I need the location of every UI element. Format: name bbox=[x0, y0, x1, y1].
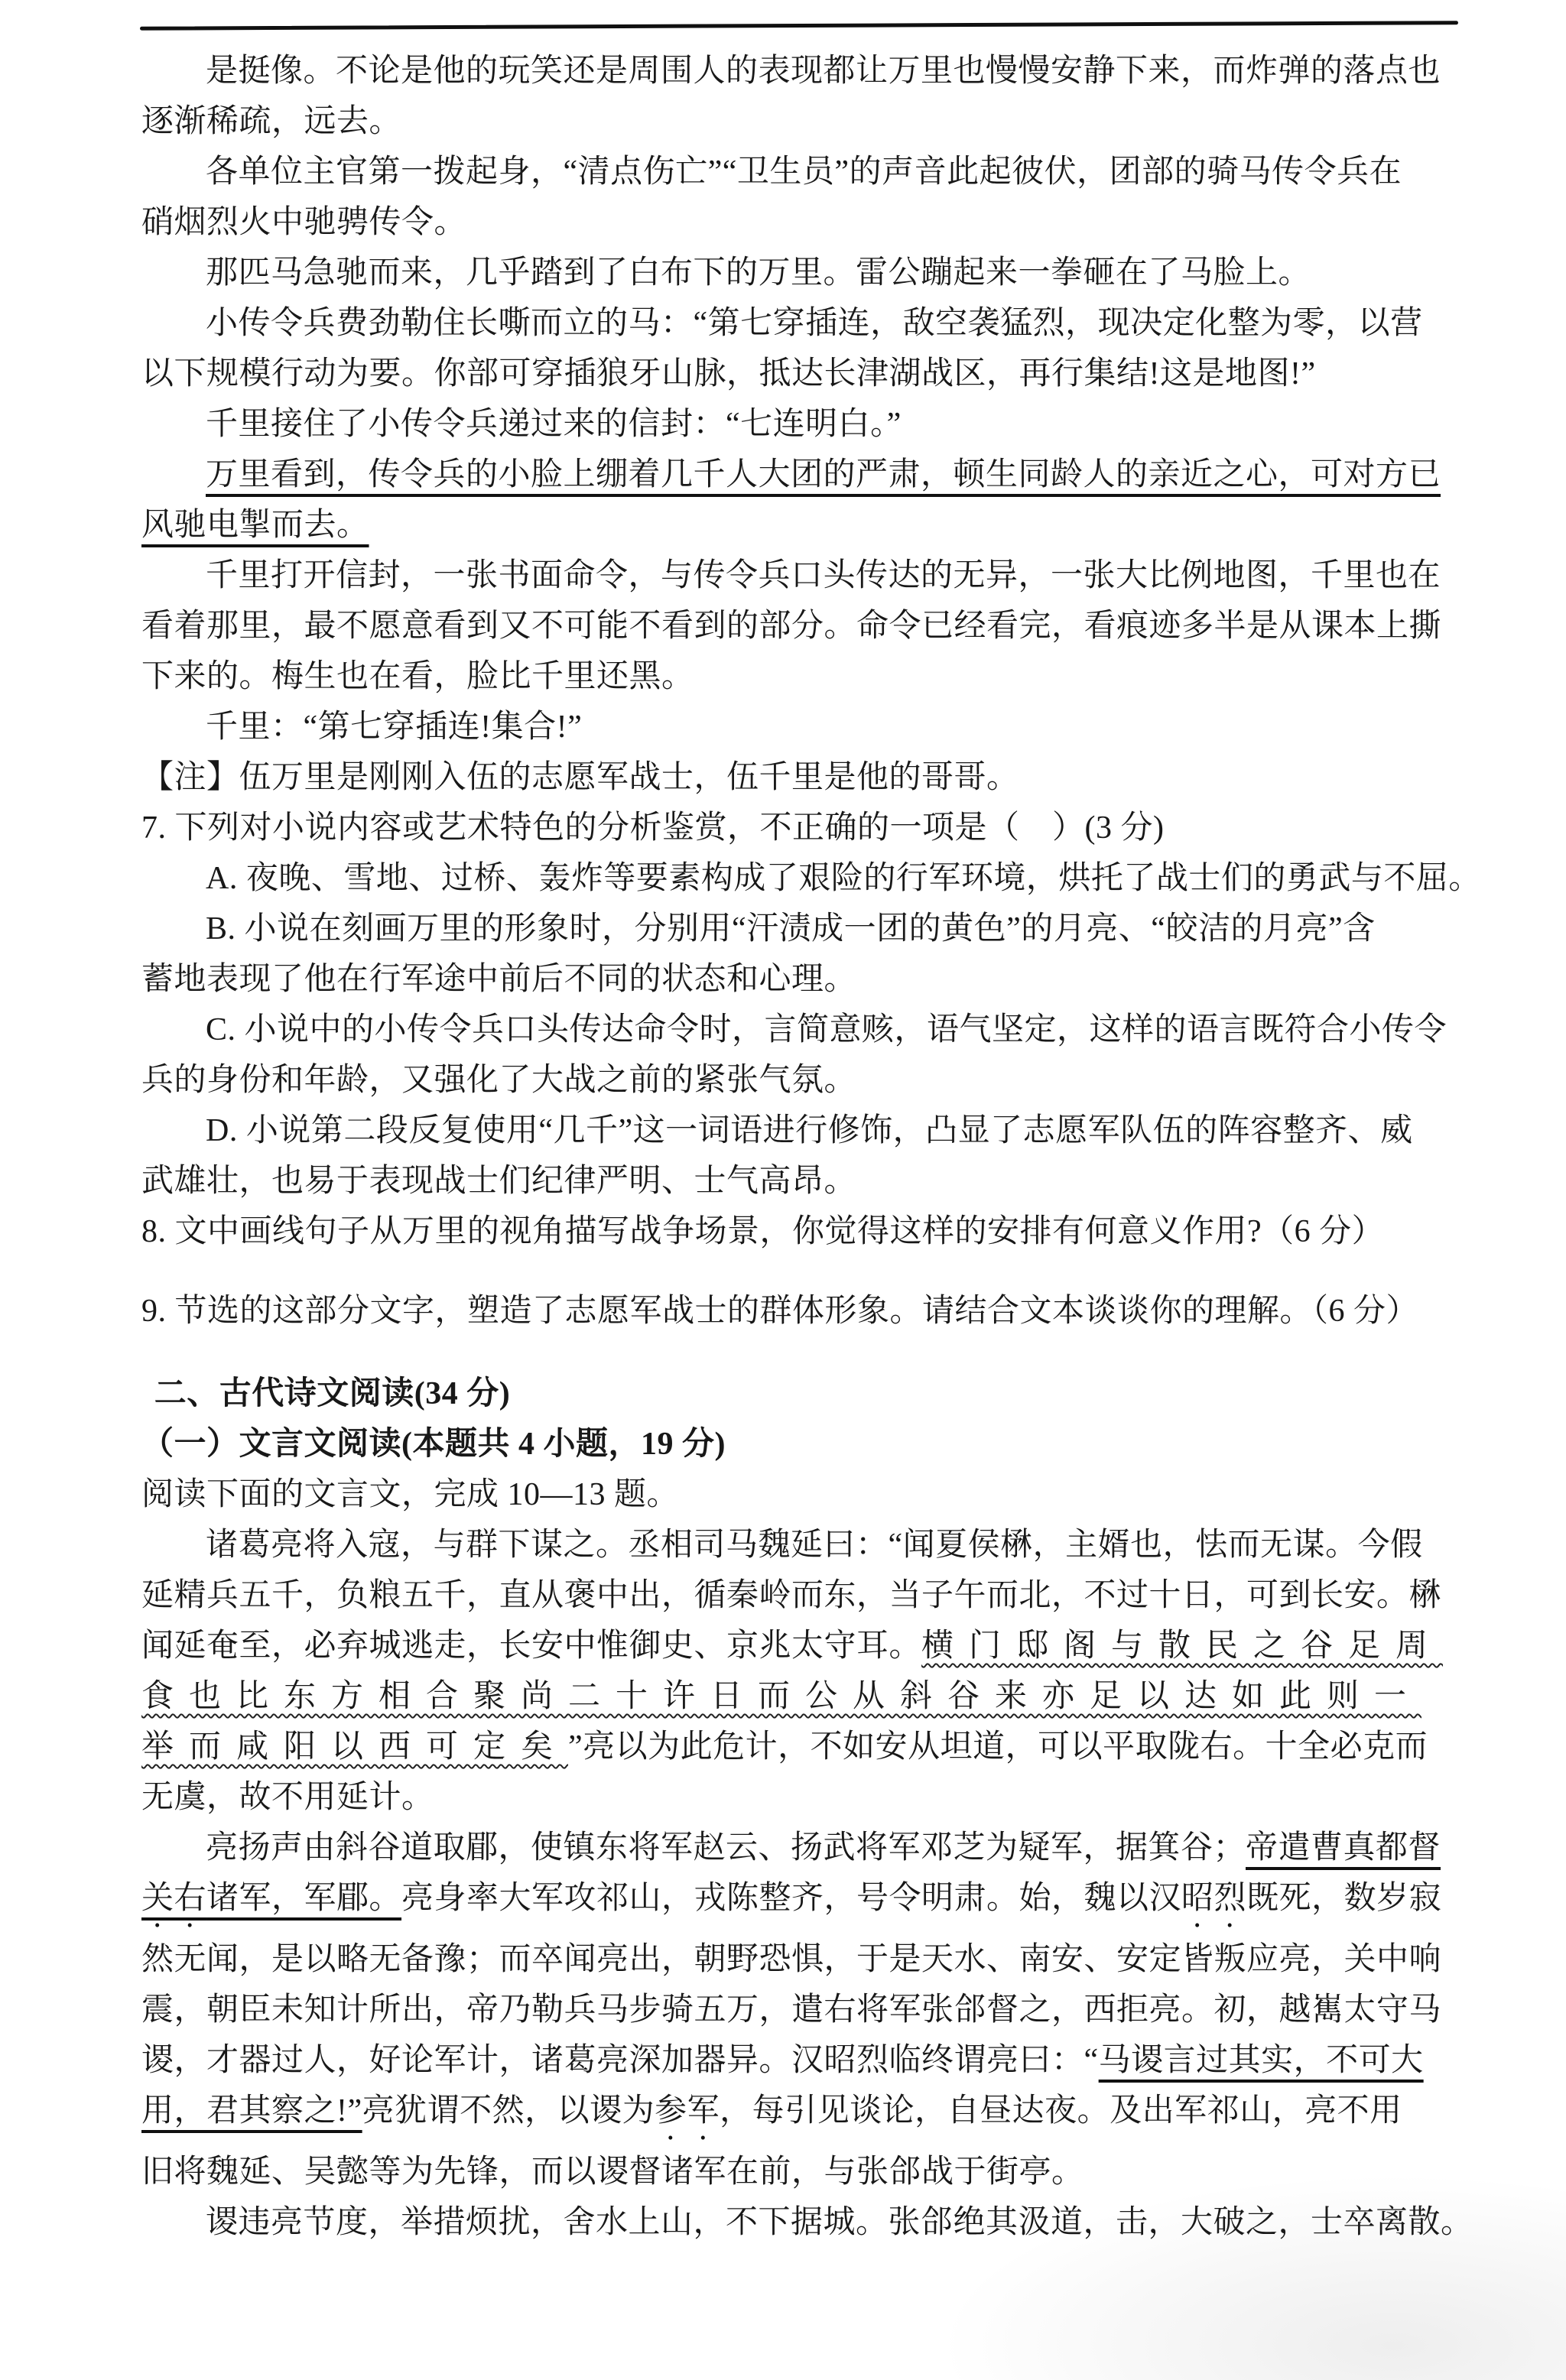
text-line-4: 硝烟烈火中驰骋传令。 bbox=[141, 197, 1461, 248]
text-line-23: 武雄壮，也易于表现战士们纪律严明、士气高昂。 bbox=[141, 1156, 1461, 1206]
text-segment: （一）文言文阅读(本题共 4 小题，19 分) bbox=[141, 1427, 726, 1462]
text-line-33: 举而咸阳以西可定矣”亮以为此危计，不如安从坦道，可以平取陇右。十全必克而 bbox=[141, 1722, 1461, 1772]
emphasized-text: 昭烈 bbox=[1181, 1881, 1246, 1916]
text-segment: 千里打开信封，一张书面命令，与传令兵口头传达的无异，一张大比例地图，千里也在 bbox=[206, 558, 1441, 593]
text-segment: 闻延奄至，必弃城逃走，长安中惟御史、京兆太守耳。 bbox=[141, 1628, 921, 1664]
page-top-rule bbox=[140, 21, 1458, 31]
text-segment: 谡违亮节度，举措烦扰，舍水上山，不下据城。张郃绝其汲道，击，大破之，士卒离散。 bbox=[206, 2205, 1473, 2240]
text-line-8: 千里接住了小传令兵递过来的信封：“七连明白。” bbox=[141, 399, 1461, 450]
text-segment: 7. 下列对小说内容或艺术特色的分析鉴赏，不正确的一项是（ ）(3 分) bbox=[141, 810, 1164, 846]
text-line-32: 食也比东方相合聚尚二十许日而公从斜谷来亦足以达如此则一 bbox=[141, 1671, 1461, 1722]
text-segment: 诸葛亮将入寇，与群下谋之。丞相司马魏延曰：“闻夏侯楙，主婿也，怯而无谋。今假 bbox=[206, 1528, 1423, 1563]
text-line-20: C. 小说中的小传令兵口头传达命令时，言简意赅，语气坚定，这样的语言既符合小传令 bbox=[141, 1005, 1461, 1055]
text-segment: D. 小说第二段反复使用“几千”这一词语进行修饰，凸显了志愿军队伍的阵容整齐、威 bbox=[206, 1113, 1413, 1148]
text-line-13: 下来的。梅生也在看，脸比千里还黑。 bbox=[141, 651, 1461, 702]
text-segment: 下来的。梅生也在看，脸比千里还黑。 bbox=[141, 659, 694, 694]
text-segment: 亮扬声由斜谷道取郿，使镇东将军赵云、扬武将军邓芝为疑军，据箕谷； bbox=[206, 1830, 1246, 1865]
underlined-text: 风驰电掣而去。 bbox=[141, 508, 369, 543]
text-segment: 既死，数岁寂 bbox=[1246, 1881, 1441, 1916]
text-segment: 以下规模行动为要。你部可穿插狼牙山脉，抵达长津湖战区，再行集结!这是地图!” bbox=[141, 356, 1316, 391]
text-line-22: D. 小说第二段反复使用“几千”这一词语进行修饰，凸显了志愿军队伍的阵容整齐、威 bbox=[141, 1106, 1461, 1156]
text-line-29: 诸葛亮将入寇，与群下谋之。丞相司马魏延曰：“闻夏侯楙，主婿也，怯而无谋。今假 bbox=[141, 1520, 1461, 1570]
text-line-31: 闻延奄至，必弃城逃走，长安中惟御史、京兆太守耳。横门邸阁与散民之谷足周 bbox=[141, 1621, 1461, 1671]
text-line-16: 7. 下列对小说内容或艺术特色的分析鉴赏，不正确的一项是（ ）(3 分) bbox=[141, 803, 1461, 853]
text-segment: 亮身率大军攻祁山，戎陈整齐，号令明肃。始，魏以汉 bbox=[401, 1881, 1181, 1916]
text-line-35: 亮扬声由斜谷道取郿，使镇东将军赵云、扬武将军邓芝为疑军，据箕谷；帝遣曹真都督 bbox=[141, 1823, 1461, 1873]
underlined-text: 帝遣曹真都督 bbox=[1246, 1830, 1441, 1865]
text-line-34: 无虞，故不用延计。 bbox=[141, 1772, 1461, 1823]
wavy-underlined-text: 横门邸阁与散民之谷足周 bbox=[921, 1628, 1443, 1664]
text-line-9: 万里看到，传令兵的小脸上绷着几千人大团的严肃，顿生同龄人的亲近之心，可对方已 bbox=[141, 450, 1461, 500]
text-segment: 阅读下面的文言文，完成 10—13 题。 bbox=[141, 1477, 679, 1512]
underlined-text: 诸军，军郿。 bbox=[206, 1881, 401, 1916]
underlined-text: 马谡言过其实，不可大 bbox=[1099, 2043, 1424, 2078]
text-segment: 亮犹谓不然，以谡为 bbox=[362, 2093, 655, 2128]
text-segment: 8. 文中画线句子从万里的视角描写战争场景，你觉得这样的安排有何意义作用?（6 … bbox=[141, 1214, 1384, 1249]
text-segment: 小传令兵费劲勒住长嘶而立的马：“第七穿插连，敌空袭猛烈，现决定化整为零，以营 bbox=[206, 306, 1423, 341]
text-line-40: 用，君其察之!”亮犹谓不然，以谡为参军，每引见谈论，自昼达夜。及出军祁山，亮不用 bbox=[141, 2086, 1461, 2147]
text-line-37: 然无闻，是以略无备豫；而卒闻亮出，朝野恐惧，于是天水、南安、安定皆叛应亮，关中响 bbox=[141, 1934, 1461, 1985]
text-line-1: 是挺像。不论是他的玩笑还是周围人的表现都让万里也慢慢安静下来，而炸弹的落点也 bbox=[141, 46, 1461, 96]
text-segment: B. 小说在刻画万里的形象时，分别用“汗渍成一团的黄色”的月亮、“皎洁的月亮”含 bbox=[206, 911, 1376, 946]
text-line-28: 阅读下面的文言文，完成 10—13 题。 bbox=[141, 1469, 1461, 1520]
wavy-underlined-text: 食也比东方相合聚尚二十许日而公从斜谷来亦足以达如此则一 bbox=[141, 1679, 1421, 1714]
document-body: 是挺像。不论是他的玩笑还是周围人的表现都让万里也慢慢安静下来，而炸弹的落点也逐渐… bbox=[141, 46, 1461, 2248]
text-line-12: 看着那里，最不愿意看到又不可能不看到的部分。命令已经看完，看痕迹多半是从课本上撕 bbox=[141, 601, 1461, 651]
text-segment: ”亮以为此危计，不如安从坦道，可以平取陇右。十全必克而 bbox=[568, 1729, 1428, 1765]
wavy-underlined-text: 举而咸阳以西可定矣 bbox=[141, 1729, 568, 1765]
text-line-36: 关右诸军，军郿。亮身率大军攻祁山，戎陈整齐，号令明肃。始，魏以汉昭烈既死，数岁寂 bbox=[141, 1873, 1461, 1934]
text-line-24: 8. 文中画线句子从万里的视角描写战争场景，你觉得这样的安排有何意义作用?（6 … bbox=[141, 1206, 1461, 1257]
underlined-text: 关右 bbox=[141, 1881, 206, 1916]
text-line-39: 谡，才器过人，好论军计，诸葛亮深加器异。汉昭烈临终谓亮曰：“马谡言过其实，不可大 bbox=[141, 2035, 1461, 2086]
text-segment: A. 夜晚、雪地、过桥、轰炸等要素构成了艰险的行军环境，烘托了战士们的勇武与不屈… bbox=[206, 861, 1481, 896]
text-segment: 【注】伍万里是刚刚入伍的志愿军战士，伍千里是他的哥哥。 bbox=[141, 760, 1019, 795]
text-segment: 各单位主官第一拨起身，“清点伤亡”“卫生员”的声音此起彼伏，团部的骑马传令兵在 bbox=[206, 154, 1402, 190]
text-line-26: 二、古代诗文阅读(34 分) bbox=[141, 1369, 1461, 1419]
text-line-30: 延精兵五千，负粮五千，直从褒中出，循秦岭而东，当子午而北，不过十日，可到长安。楙 bbox=[141, 1570, 1461, 1621]
text-segment: ，每引见谈论，自昼达夜。及出军祁山，亮不用 bbox=[720, 2093, 1402, 2128]
text-segment: 9. 节选的这部分文字，塑造了志愿军战士的群体形象。请结合文本谈谈你的理解。（6… bbox=[141, 1294, 1418, 1329]
text-segment: 蓄地表现了他在行军途中前后不同的状态和心理。 bbox=[141, 962, 856, 997]
text-line-2: 逐渐稀疏，远去。 bbox=[141, 96, 1461, 147]
text-line-7: 以下规模行动为要。你部可穿插狼牙山脉，抵达长津湖战区，再行集结!这是地图!” bbox=[141, 349, 1461, 399]
text-segment: C. 小说中的小传令兵口头传达命令时，言简意赅，语气坚定，这样的语言既符合小传令 bbox=[206, 1012, 1447, 1047]
text-segment: 旧将魏延、吴懿等为先锋，而以谡督诸军在前，与张郃战于街亭。 bbox=[141, 2154, 1084, 2190]
text-segment: 无虞，故不用延计。 bbox=[141, 1780, 434, 1815]
text-segment: 硝烟烈火中驰骋传令。 bbox=[141, 205, 466, 240]
text-segment: 二、古代诗文阅读(34 分) bbox=[154, 1376, 510, 1411]
text-segment: 逐渐稀疏，远去。 bbox=[141, 104, 401, 139]
text-segment: 震，朝臣未知计所出，帝乃勒兵马步骑五万，遣右将军张郃督之，西拒亮。初，越嶲太守马 bbox=[141, 1992, 1441, 2028]
text-line-6: 小传令兵费劲勒住长嘶而立的马：“第七穿插连，敌空袭猛烈，现决定化整为零，以营 bbox=[141, 298, 1461, 349]
text-line-14: 千里：“第七穿插连!集合!” bbox=[141, 702, 1461, 752]
text-segment: 那匹马急驰而来，几乎踏到了白布下的万里。雷公蹦起来一拳砸在了马脸上。 bbox=[206, 255, 1311, 291]
text-line-18: B. 小说在刻画万里的形象时，分别用“汗渍成一团的黄色”的月亮、“皎洁的月亮”含 bbox=[141, 904, 1461, 954]
text-line-17: A. 夜晚、雪地、过桥、轰炸等要素构成了艰险的行军环境，烘托了战士们的勇武与不屈… bbox=[141, 853, 1461, 904]
text-segment: 千里接住了小传令兵递过来的信封：“七连明白。” bbox=[206, 407, 902, 442]
text-line-10: 风驰电掣而去。 bbox=[141, 500, 1461, 550]
text-segment: 看着那里，最不愿意看到又不可能不看到的部分。命令已经看完，看痕迹多半是从课本上撕 bbox=[141, 609, 1441, 644]
text-segment: 兵的身份和年龄，又强化了大战之前的紧张气氛。 bbox=[141, 1063, 856, 1098]
text-line-21: 兵的身份和年龄，又强化了大战之前的紧张气氛。 bbox=[141, 1055, 1461, 1106]
text-segment: 谡，才器过人，好论军计，诸葛亮深加器异。汉昭烈临终谓亮曰：“ bbox=[141, 2043, 1099, 2078]
text-line-3: 各单位主官第一拨起身，“清点伤亡”“卫生员”的声音此起彼伏，团部的骑马传令兵在 bbox=[141, 147, 1461, 197]
text-segment: 千里：“第七穿插连!集合!” bbox=[206, 709, 582, 745]
emphasized-text: 参军 bbox=[655, 2093, 720, 2128]
underlined-text: 用，君其察之!” bbox=[141, 2093, 362, 2128]
text-line-25: 9. 节选的这部分文字，塑造了志愿军战士的群体形象。请结合文本谈谈你的理解。（6… bbox=[141, 1286, 1461, 1336]
text-line-19: 蓄地表现了他在行军途中前后不同的状态和心理。 bbox=[141, 954, 1461, 1005]
text-segment: 然无闻，是以略无备豫；而卒闻亮出，朝野恐惧，于是天水、南安、安定皆叛应亮，关中响 bbox=[141, 1942, 1441, 1977]
text-segment: 武雄壮，也易于表现战士们纪律严明、士气高昂。 bbox=[141, 1164, 856, 1199]
text-line-11: 千里打开信封，一张书面命令，与传令兵口头传达的无异，一张大比例地图，千里也在 bbox=[141, 550, 1461, 601]
text-line-27: （一）文言文阅读(本题共 4 小题，19 分) bbox=[141, 1419, 1461, 1469]
text-line-38: 震，朝臣未知计所出，帝乃勒兵马步骑五万，遣右将军张郃督之，西拒亮。初，越嶲太守马 bbox=[141, 1985, 1461, 2035]
text-segment: 延精兵五千，负粮五千，直从褒中出，循秦岭而东，当子午而北，不过十日，可到长安。楙 bbox=[141, 1578, 1441, 1613]
text-line-15: 【注】伍万里是刚刚入伍的志愿军战士，伍千里是他的哥哥。 bbox=[141, 752, 1461, 803]
text-line-42: 谡违亮节度，举措烦扰，舍水上山，不下据城。张郃绝其汲道，击，大破之，士卒离散。 bbox=[141, 2197, 1461, 2248]
text-segment: 是挺像。不论是他的玩笑还是周围人的表现都让万里也慢慢安静下来，而炸弹的落点也 bbox=[206, 54, 1441, 89]
text-line-41: 旧将魏延、吴懿等为先锋，而以谡督诸军在前，与张郃战于街亭。 bbox=[141, 2147, 1461, 2197]
text-line-5: 那匹马急驰而来，几乎踏到了白布下的万里。雷公蹦起来一拳砸在了马脸上。 bbox=[141, 248, 1461, 298]
underlined-text: 万里看到，传令兵的小脸上绷着几千人大团的严肃，顿生同龄人的亲近之心，可对方已 bbox=[206, 457, 1441, 492]
